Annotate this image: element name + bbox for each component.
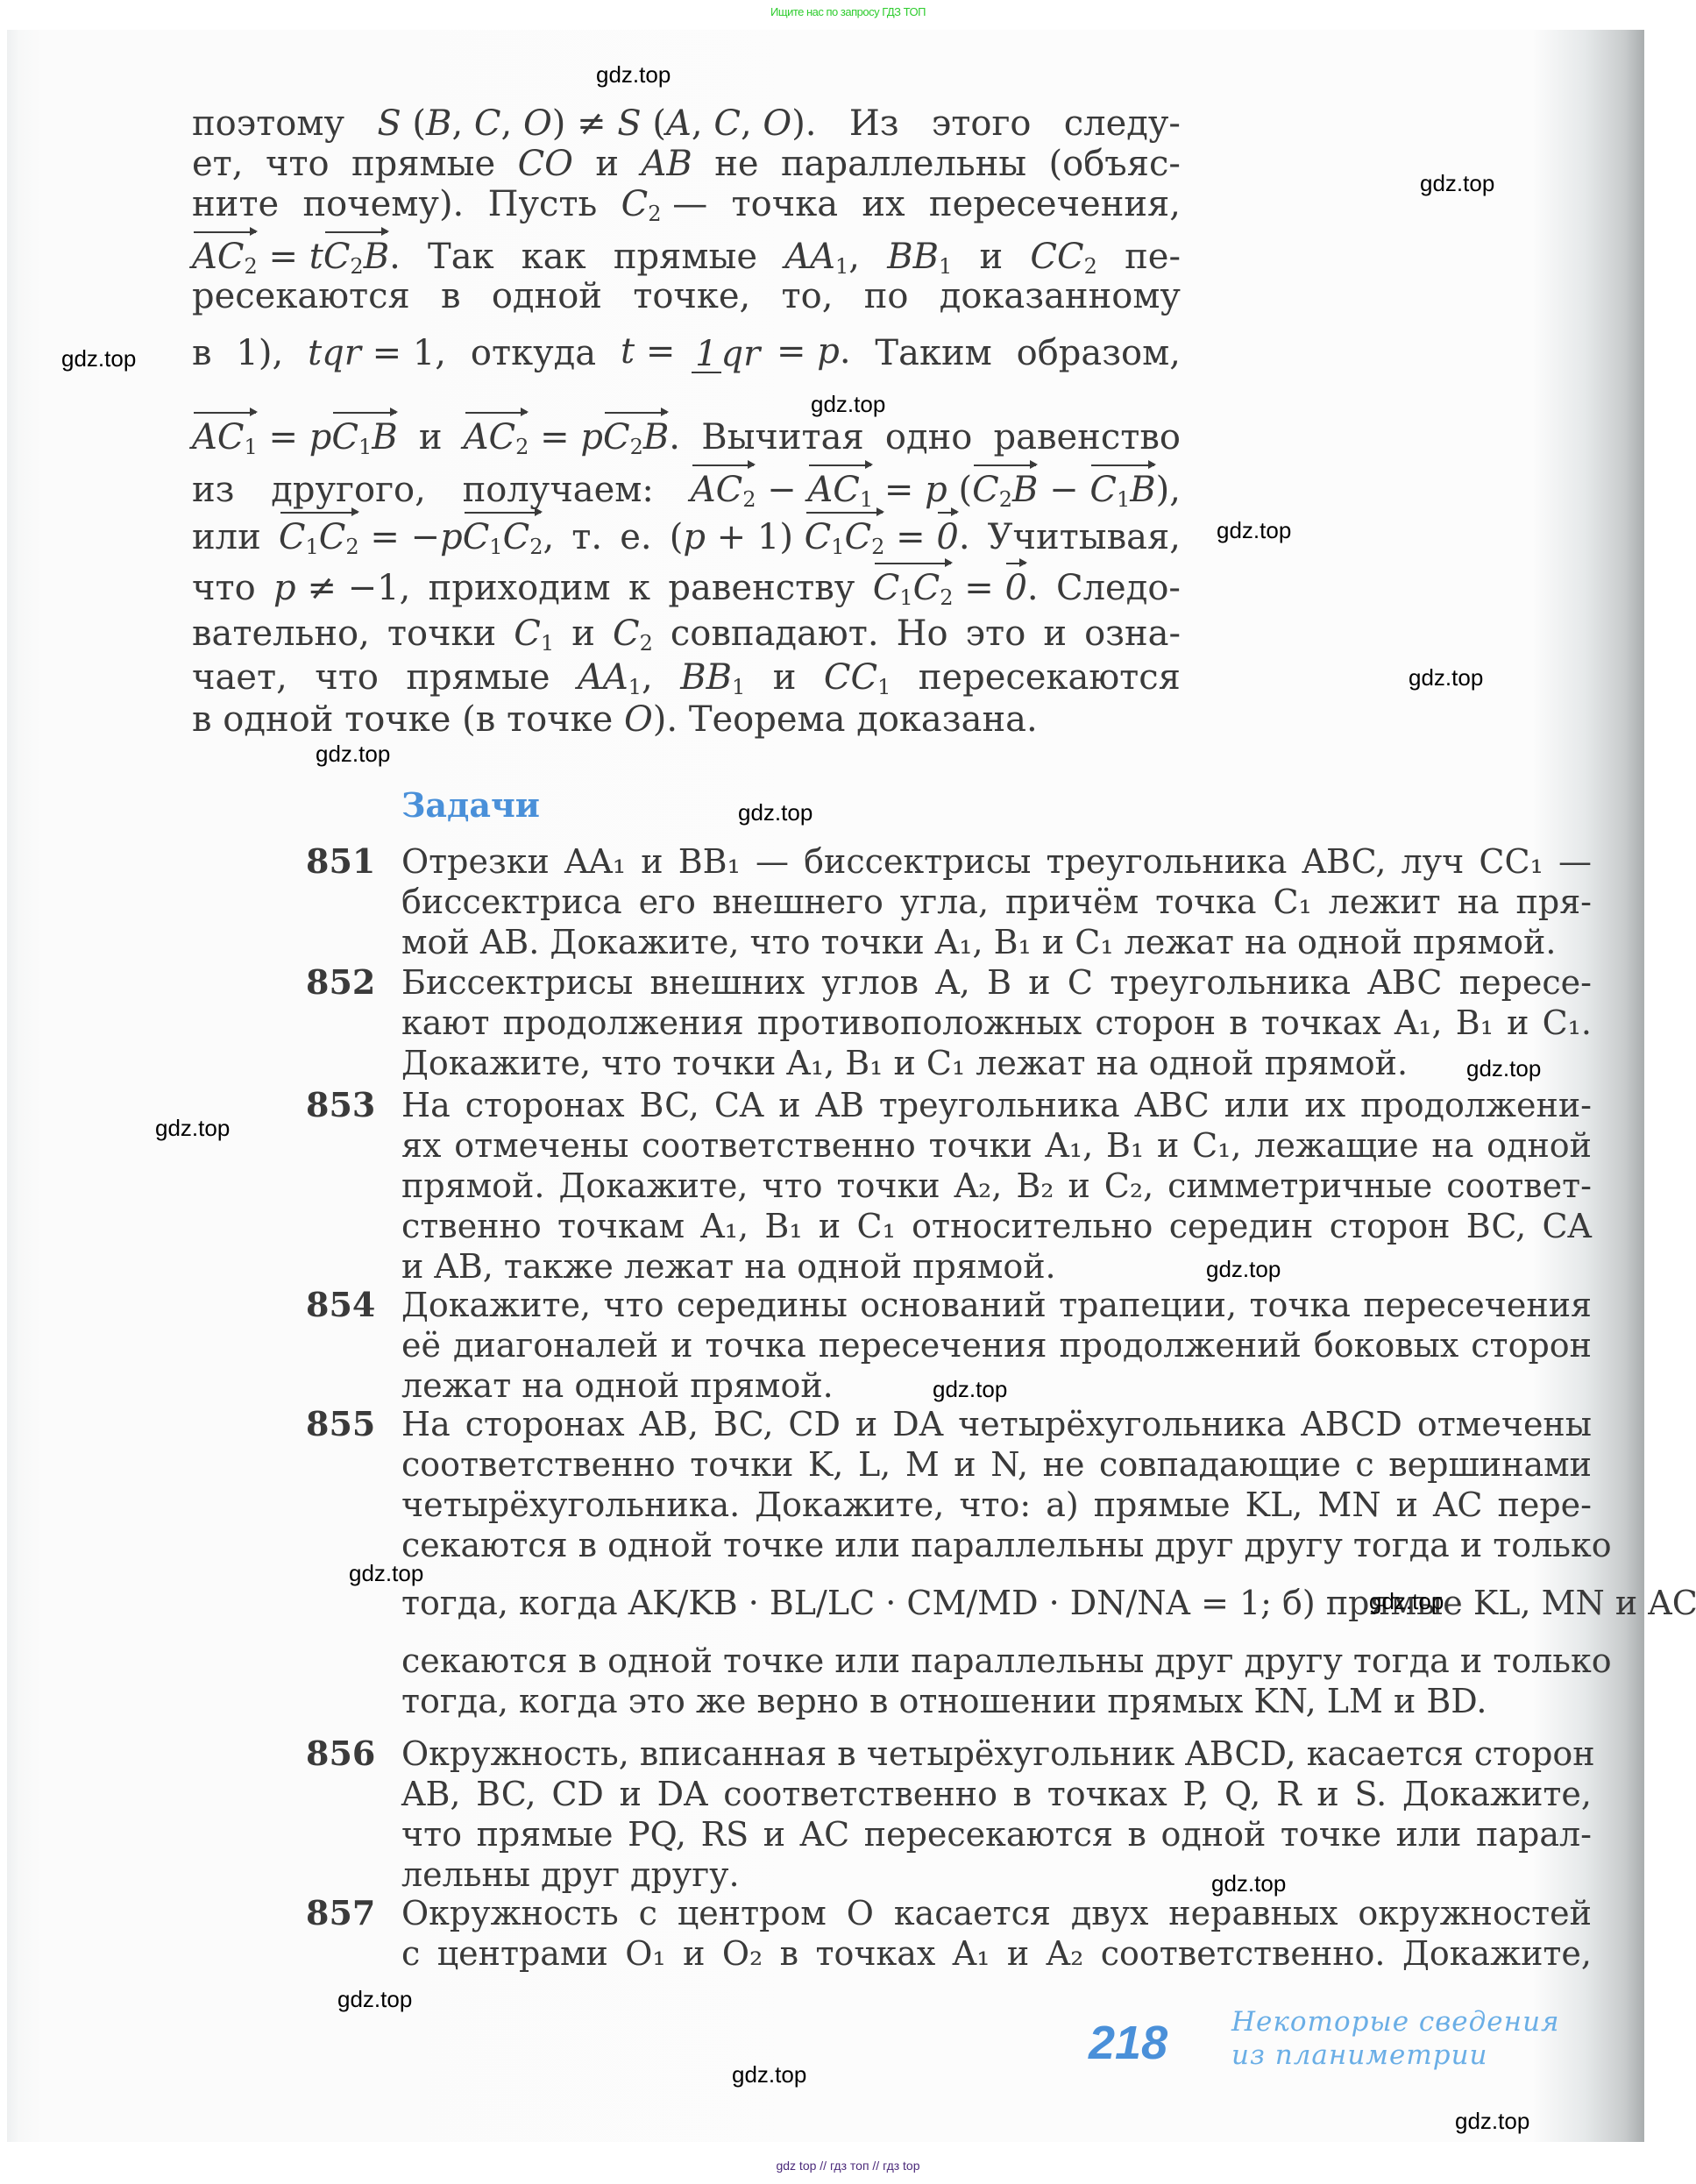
- proof-line-9: илиC1C2 = −pC1C2,т.е.(p + 1) C1C2 = 0.Уч…: [192, 517, 1181, 559]
- watermark: gdz.top: [1420, 170, 1494, 197]
- proof-line-7: AC1 = pC1BиAC2 = pC2B.Вычитаяодноравенст…: [192, 417, 1181, 459]
- problem-number: 857: [306, 1893, 375, 1932]
- problem-text: На сторонах BC, CA и AB треугольника ABC…: [401, 1085, 1592, 1287]
- proof-line-5: ресекаютсяводнойточке,то,подоказанному: [192, 276, 1181, 316]
- watermark: gdz.top: [61, 345, 136, 372]
- top-banner: Ищите нас по запросу ГДЗ ТОП: [0, 5, 1696, 18]
- problem-number: 854: [306, 1285, 375, 1324]
- watermark: gdz.top: [1455, 2108, 1529, 2135]
- watermark: gdz.top: [1409, 664, 1483, 691]
- watermark: gdz.top: [1217, 517, 1291, 544]
- bottom-banner: gdz top // гдз топ // гдз top: [0, 2159, 1696, 2173]
- proof-line-4: AC2 = tC2B.ТаккакпрямыеAA1,BB1иCC2пе-: [192, 237, 1181, 279]
- problem-text: Окружность, вписанная в четырёхугольник …: [401, 1734, 1592, 1895]
- problem-number: 856: [306, 1734, 375, 1773]
- watermark: gdz.top: [933, 1376, 1007, 1403]
- proof-line-10: чтоp ≠ −1,приходимкравенствуC1C2 = 0.Сле…: [192, 568, 1181, 610]
- problem-number: 855: [306, 1404, 375, 1443]
- proof-line-12: чает,чтопрямыеAA1,BB1иCC1пересекаются: [192, 657, 1181, 699]
- proof-line-2: ет,чтопрямыеCOиABнепараллельны(объяс-: [192, 144, 1181, 184]
- watermark: gdz.top: [1211, 1870, 1286, 1897]
- section-title-problems: Задачи: [401, 785, 540, 825]
- proof-line-3: нитепочему).ПустьC2 —точкаихпересечения,: [192, 184, 1181, 226]
- watermark: gdz.top: [1369, 1588, 1444, 1615]
- problem-text: На сторонах AB, BC, CD и DA четырёхуголь…: [401, 1404, 1592, 1721]
- page-number: 218: [1089, 2016, 1167, 2070]
- problem-text: Отрезки AA₁ и BB₁ — биссектрисы треуголь…: [401, 841, 1592, 962]
- watermark: gdz.top: [349, 1560, 423, 1587]
- chapter-title: Некоторые сведения из планиметрии: [1231, 2005, 1560, 2072]
- watermark: gdz.top: [155, 1115, 230, 1142]
- proof-line-8: издругого,получаем:AC2 − AC1 = p (C2B − …: [192, 470, 1181, 512]
- watermark: gdz.top: [732, 2061, 806, 2088]
- problem-number: 851: [306, 841, 375, 881]
- proof-line-6: в1),tqr = 1,откуда t = 1qr = p. Такимобр…: [192, 331, 1181, 374]
- problem-text: Окружность с центром O касается двух нер…: [401, 1893, 1592, 1974]
- watermark: gdz.top: [811, 391, 885, 418]
- problem-number: 852: [306, 962, 375, 1002]
- watermark: gdz.top: [596, 61, 671, 89]
- watermark: gdz.top: [316, 741, 390, 768]
- proof-line-1: поэтому S (B, C, O) ≠ S (A, C, O). Изэто…: [192, 103, 1181, 144]
- proof-line-13: в одной точке (в точке O). Теорема доказ…: [192, 699, 1181, 740]
- watermark: gdz.top: [1466, 1055, 1541, 1082]
- watermark: gdz.top: [337, 1986, 412, 2013]
- problem-number: 853: [306, 1085, 375, 1124]
- watermark: gdz.top: [1206, 1256, 1281, 1283]
- proof-line-11: вательно,точкиC1иC2совпадают.Ноэтоиозна-: [192, 613, 1181, 656]
- problem-text: Биссектрисы внешних углов A, B и C треуг…: [401, 962, 1592, 1083]
- watermark: gdz.top: [738, 799, 813, 826]
